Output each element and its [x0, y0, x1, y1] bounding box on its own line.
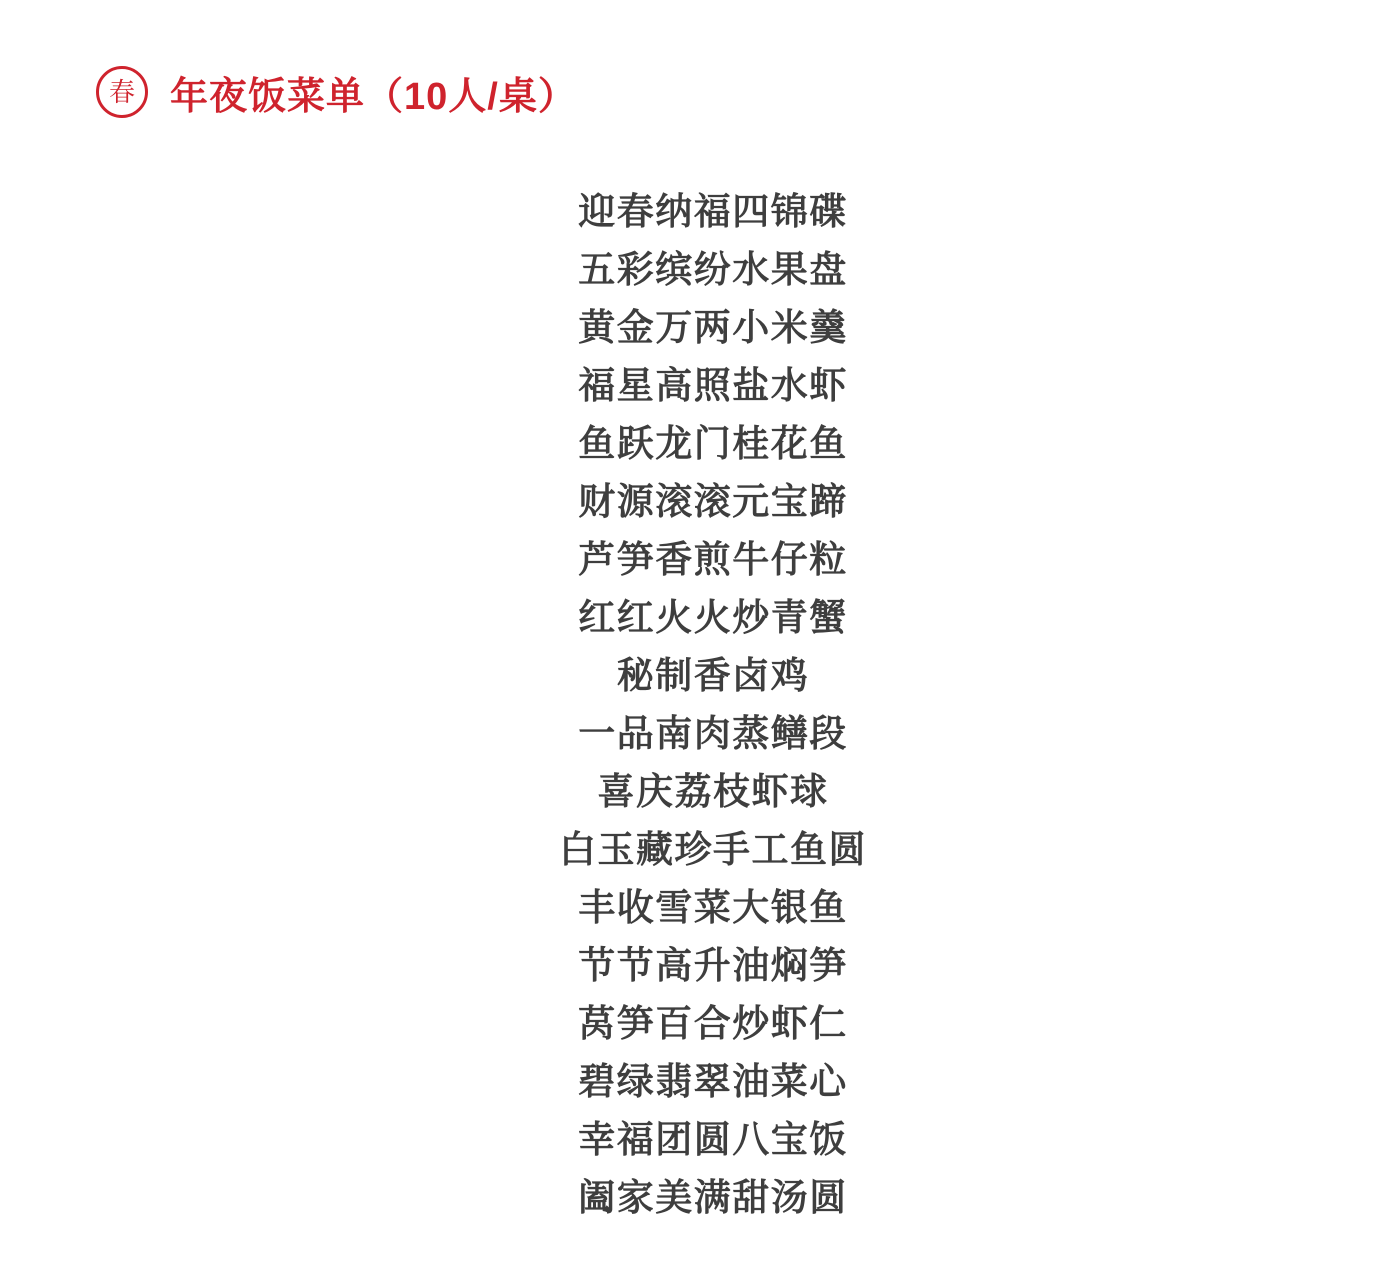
menu-item: 鱼跃龙门桂花鱼	[96, 415, 1330, 473]
menu-item: 幸福团圆八宝饭	[96, 1111, 1330, 1169]
menu-item: 阖家美满甜汤圆	[96, 1169, 1330, 1227]
menu-item: 红红火火炒青蟹	[96, 589, 1330, 647]
menu-item: 莴笋百合炒虾仁	[96, 995, 1330, 1053]
menu-item: 一品南肉蒸鳝段	[96, 705, 1330, 763]
menu-item: 丰收雪菜大银鱼	[96, 879, 1330, 937]
spring-seal-icon: 春	[96, 66, 148, 118]
menu-item: 秘制香卤鸡	[96, 647, 1330, 705]
menu-item: 白玉藏珍手工鱼圆	[96, 821, 1330, 879]
menu-item: 迎春纳福四锦碟	[96, 183, 1330, 241]
menu-item: 碧绿翡翠油菜心	[96, 1053, 1330, 1111]
menu-item: 福星高照盐水虾	[96, 357, 1330, 415]
menu-item: 财源滚滚元宝蹄	[96, 473, 1330, 531]
page-header: 春 年夜饭菜单（10人/桌）	[96, 66, 1398, 118]
menu-item: 黄金万两小米羹	[96, 299, 1330, 357]
page-title: 年夜饭菜单（10人/桌）	[170, 65, 577, 120]
menu-item: 芦笋香煎牛仔粒	[96, 531, 1330, 589]
menu-item: 喜庆荔枝虾球	[96, 763, 1330, 821]
menu-list: 迎春纳福四锦碟五彩缤纷水果盘黄金万两小米羹福星高照盐水虾鱼跃龙门桂花鱼财源滚滚元…	[96, 183, 1330, 1227]
menu-item: 节节高升油焖笋	[96, 937, 1330, 995]
menu-item: 五彩缤纷水果盘	[96, 241, 1330, 299]
